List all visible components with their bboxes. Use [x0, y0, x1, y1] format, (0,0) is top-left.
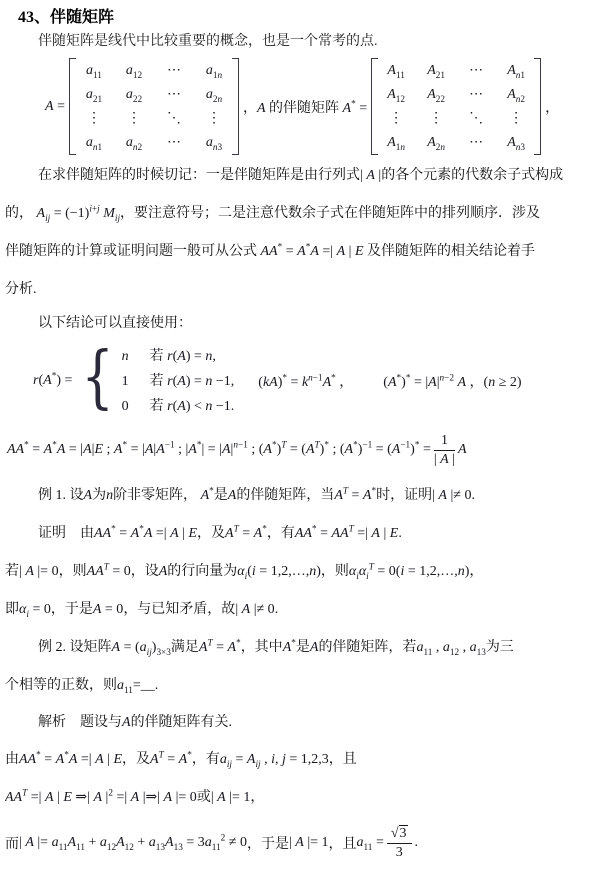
fraction: 1| A | — [434, 433, 455, 468]
matrix-cell: ⋱ — [162, 109, 186, 128]
matrix-right-bracket — [232, 58, 239, 155]
math-run: A* = — [343, 101, 368, 116]
text-run: 为三 — [486, 640, 514, 655]
tips-paragraph-line3: 伴随矩阵的计算或证明问题一般可从公式 AA* = A*A =| A | E 及伴… — [5, 233, 588, 271]
text-run: ，要注意符号；二是注意代数余子式在伴随矩阵中的排列顺序．涉及 — [120, 206, 540, 221]
text-run: 是 — [214, 488, 228, 503]
matrix-a: a11a12⋯a1na21a22⋯a2n⋮⋮⋱⋮an1an2⋯an3 — [69, 58, 239, 155]
matrix-cell: ⋯ — [464, 133, 488, 152]
superscript: −1 — [165, 439, 175, 449]
text-run: 阶非零矩阵， — [113, 488, 201, 503]
matrix-a-lhs: A = — [45, 99, 65, 115]
text-run: 的伴随矩阵有关. — [131, 715, 233, 730]
superscript: T — [22, 787, 27, 797]
matrix-left-bracket — [371, 58, 378, 155]
text-run: . — [275, 602, 279, 617]
superscript: * — [406, 372, 411, 382]
derivation-line1: 由AA* = A*A =| A | E，及AT = A*，有aij = Aij … — [5, 741, 588, 779]
superscript: * — [397, 372, 402, 382]
superscript: * — [52, 370, 57, 380]
text-run: 即 — [5, 602, 19, 617]
subscript: n1 — [93, 142, 102, 152]
subscript: n3 — [516, 142, 525, 152]
matrix-cell: an1 — [82, 133, 106, 152]
subscript: i — [26, 609, 29, 619]
text-run: ， — [469, 564, 483, 579]
math-run: | A |= 0 — [19, 564, 59, 579]
matrix-cell: ⋮ — [122, 109, 146, 128]
proof-line1: 证明 由AA* = A*A =| A | E，及AT = A*，有AA* = A… — [5, 515, 588, 553]
fraction-numerator: √3 — [387, 826, 412, 844]
matrix-cell: ⋱ — [464, 109, 488, 128]
subscript: 11 — [93, 70, 102, 80]
example2-line1: 例 2. 设矩阵A = (aij)3×3满足AT = A*，其中A*是A的伴随矩… — [5, 629, 588, 667]
math-run: aij = Aij , i, j = 1,2,3 — [220, 752, 329, 767]
matrix-cell: A22 — [424, 85, 448, 104]
formula-ka-adjoint: (kA)* = kn−1A* ， — [258, 371, 353, 391]
math-run: AA* = A*A = |A|E ; A* = |A|A−1 ; |A*| = … — [7, 442, 431, 458]
matrix-cell: ⋯ — [464, 61, 488, 80]
superscript: −1 — [400, 439, 410, 449]
case-condition: 若 r(A) = n, — [150, 349, 216, 364]
fraction-numerator: 1 — [434, 433, 455, 451]
math-run: A — [257, 101, 266, 116]
math-run: | A |= a11A11 + a12A12 + a13A13 = 3a112 … — [19, 835, 247, 851]
text-run: 时，证明 — [376, 488, 432, 503]
superscript: * — [197, 439, 202, 449]
superscript: T — [343, 485, 348, 495]
subscript: 22 — [133, 94, 142, 104]
section-number: 43、 — [18, 9, 50, 26]
proof-line2: 若| A |= 0，则AAT = 0，设A的行向量为αi(i = 1,2,…,n… — [5, 553, 588, 591]
subscript: ij — [45, 213, 50, 223]
text-run: ，且 — [329, 833, 357, 853]
subscript: ij — [255, 759, 260, 769]
matrix-cell: A1n — [384, 133, 408, 152]
superscript: * — [111, 523, 116, 533]
superscript: * — [415, 439, 420, 449]
superscript: * — [272, 439, 277, 449]
superscript: T — [104, 561, 109, 571]
superscript: n−1 — [233, 439, 247, 449]
matrix-cell: A12 — [384, 85, 408, 104]
text-run: ，与已知矛盾，故 — [123, 602, 235, 617]
text-run: ，则 — [59, 564, 87, 579]
conclusions-formula-line: r(A*) = { n若 r(A) = n,1若 r(A) = n −1,0若 … — [33, 341, 588, 421]
subscript: 3×3 — [156, 647, 170, 657]
math-run: AT = A* — [199, 640, 241, 655]
text-run: 满足 — [171, 640, 199, 655]
math-run: A — [458, 442, 467, 458]
rank-adjoint-lhs: r(A*) = — [33, 373, 72, 389]
matrix-line-tail: ， — [545, 97, 559, 117]
superscript: i+j — [89, 203, 99, 213]
matrix-cell: an3 — [202, 133, 226, 152]
matrix-cell: a12 — [122, 61, 146, 80]
matrix-cell: ⋯ — [464, 85, 488, 104]
superscript: * — [24, 439, 29, 449]
text-run: ，且 — [329, 752, 357, 767]
document-page: 43、伴随矩阵 伴随矩阵是线代中比较重要的概念，也是一个常考的点. A = a1… — [0, 0, 593, 869]
case-value: 0 — [122, 394, 150, 419]
matrix-cell: ⋯ — [162, 61, 186, 80]
subscript: 2n — [213, 94, 222, 104]
math-run: αi = 0 — [19, 602, 51, 617]
superscript: T — [207, 637, 212, 647]
superscript: T — [159, 749, 164, 759]
math-run: Aij = (−1)i+j Mij — [37, 206, 121, 221]
case-row: n若 r(A) = n, — [122, 344, 235, 369]
matrix-cell: ⋮ — [504, 109, 528, 128]
subscript: 11 — [212, 842, 221, 852]
math-run: AT = A* — [150, 752, 192, 767]
text-run: ，及 — [197, 526, 225, 541]
fraction: √33 — [387, 826, 412, 861]
rank-cases: n若 r(A) = n,1若 r(A) = n −1,0若 r(A) < n −… — [122, 344, 235, 419]
math-run: a11 , a12 , a13 — [416, 640, 485, 655]
subscript: 11 — [124, 685, 133, 695]
superscript: n−2 — [440, 372, 454, 382]
math-run: AT = A* — [334, 488, 376, 503]
adjoint-identities-line: AA* = A*A = |A|E ; A* = |A|A−1 ; |A*| = … — [7, 425, 588, 475]
subscript: 13 — [174, 842, 183, 852]
math-run: AA* = A*A =| A | E — [94, 526, 197, 541]
superscript: T — [315, 439, 320, 449]
superscript: * — [312, 523, 317, 533]
text-run: 的行向量为 — [167, 564, 237, 579]
text-run: 及伴随矩阵的相关结论着手 — [364, 244, 536, 259]
superscript: * — [353, 439, 358, 449]
superscript: −1 — [362, 439, 372, 449]
text-run: 若 — [5, 564, 19, 579]
tips-paragraph-line4: 分析. — [5, 271, 588, 309]
subscript: ij — [147, 647, 152, 657]
superscript: 2 — [221, 832, 226, 842]
matrix-cell: a21 — [82, 85, 106, 104]
subscript: 1n — [213, 70, 222, 80]
math-run: A* — [201, 488, 214, 503]
math-run: AT = A* — [225, 526, 267, 541]
superscript: * — [282, 372, 287, 382]
fraction-denominator: | A | — [434, 451, 455, 468]
text-run: ，及 — [122, 752, 150, 767]
tips-paragraph-line2: 的， Aij = (−1)i+j Mij，要注意符号；二是注意代数余子式在伴随矩… — [5, 195, 588, 233]
math-run: A — [84, 488, 93, 503]
text-run: 的， — [5, 206, 37, 221]
text-run: ， — [250, 790, 264, 805]
subscript: 13 — [156, 842, 165, 852]
subscript: 11 — [364, 842, 373, 852]
math-run: | A |≠ 0 — [432, 488, 471, 503]
math-run: AA* = AAT =| A | E — [295, 526, 399, 541]
text-run: ，有 — [192, 752, 220, 767]
subscript: i — [245, 571, 248, 581]
matrix-definition-line: A = a11a12⋯a1na21a22⋯a2n⋮⋮⋱⋮an1an2⋯an3 ，… — [5, 58, 588, 155]
formula-double-adjoint: (A*)* = |A|n−2 A ，(n ≥ 2) — [383, 371, 521, 391]
matrix-left-bracket — [69, 58, 76, 155]
proof-line3: 即αi = 0，于是A = 0，与已知矛盾，故| A |≠ 0. — [5, 591, 588, 629]
subscript: n1 — [516, 70, 525, 80]
math-run: | A | — [360, 168, 381, 183]
radicand: 3 — [399, 825, 408, 841]
matrix-cell: a2n — [202, 85, 226, 104]
superscript: * — [324, 439, 329, 449]
text-run: 由 — [5, 752, 19, 767]
matrix-right-bracket — [534, 58, 541, 155]
math-run: A — [122, 715, 131, 730]
superscript: 2 — [108, 787, 113, 797]
text-run: . — [471, 488, 475, 503]
subscript: 21 — [93, 94, 102, 104]
text-run: . — [398, 526, 402, 541]
section-title: 43、伴随矩阵 — [5, 6, 588, 30]
subscript: i — [366, 571, 369, 581]
matrix-cell: ⋮ — [202, 109, 226, 128]
subscript: 11 — [396, 70, 405, 80]
text-run: . — [415, 835, 419, 851]
text-run: ，于是 — [51, 602, 93, 617]
superscript: * — [36, 749, 41, 759]
text-run: 伴随矩阵的计算或证明问题一般可从公式 — [5, 244, 261, 259]
section-title-text: 伴随矩阵 — [50, 9, 114, 26]
superscript: T — [234, 523, 239, 533]
matrix-cell: a1n — [202, 61, 226, 80]
matrix-cell: ⋮ — [384, 109, 408, 128]
matrix-cell: ⋯ — [162, 85, 186, 104]
text-run: 的伴随矩阵，若 — [318, 640, 416, 655]
math-run: a11 = — [357, 835, 384, 851]
matrix-grid: A11A21⋯An1A12A22⋯An2⋮⋮⋱⋮A1nA2n⋯An3 — [378, 58, 534, 155]
superscript: T — [369, 561, 374, 571]
matrix-cell: An3 — [504, 133, 528, 152]
matrix-cell: an2 — [122, 133, 146, 152]
text-run: 例 1. 设 — [38, 488, 84, 503]
subscript: 21 — [436, 70, 445, 80]
matrix-a-star: A11A21⋯An1A12A22⋯An2⋮⋮⋱⋮A1nA2n⋯An3 — [371, 58, 541, 155]
math-run: n — [106, 488, 113, 503]
text-run: 是 — [296, 640, 310, 655]
matrix-cell: An1 — [504, 61, 528, 80]
text-run: ，则 — [321, 564, 349, 579]
derivation-line2: AAT =| A | E ⇒| A |2 =| A |⇒| A |= 0或| A… — [5, 779, 588, 817]
subscript: n3 — [213, 142, 222, 152]
text-run: 而 — [5, 833, 19, 853]
math-run: | A |≠ 0 — [235, 602, 274, 617]
matrix-middle-text: ，A 的伴随矩阵 A* = — [243, 97, 367, 117]
text-run: 在求伴随矩阵的时候切记：一是伴随矩阵是由行列式 — [38, 168, 360, 183]
example2-line2: 个相等的正数，则a11=__. — [5, 667, 588, 705]
text-run: 分析. — [5, 282, 37, 297]
subscript: 11 — [76, 842, 85, 852]
intro-paragraph: 伴随矩阵是线代中比较重要的概念，也是一个常考的点. — [5, 30, 588, 54]
matrix-cell: ⋯ — [162, 133, 186, 152]
superscript: T — [349, 523, 354, 533]
math-run: AA* = A*A =| A | E — [19, 752, 122, 767]
superscript: * — [331, 372, 336, 382]
text-run: 为 — [92, 488, 106, 503]
analysis-line: 解析 题设与A的伴随矩阵有关. — [5, 705, 588, 741]
case-row: 1若 r(A) = n −1, — [122, 369, 235, 394]
subscript: 12 — [396, 94, 405, 104]
math-run: | A |= 1 — [211, 790, 251, 805]
text-run: ，有 — [267, 526, 295, 541]
text-run: 的各个元素的代数余子式构成 — [381, 168, 563, 183]
text-run: ，设 — [131, 564, 159, 579]
math-run: A = (aij)3×3 — [112, 640, 171, 655]
text-run: 例 2. 设矩阵 — [38, 640, 112, 655]
case-value: 1 — [122, 369, 150, 394]
math-run: | A |= 1 — [289, 835, 329, 851]
example1-paragraph: 例 1. 设A为n阶非零矩阵， A*是A的伴随矩阵，当AT = A*时，证明| … — [5, 477, 588, 515]
matrix-cell: A11 — [384, 61, 408, 80]
text-run: 或 — [197, 790, 211, 805]
matrix-cell: An2 — [504, 85, 528, 104]
subscript: n2 — [516, 94, 525, 104]
text-run: 个相等的正数，则 — [5, 678, 117, 693]
math-run: AA* = A*A =| A | E — [261, 244, 364, 259]
text-run: 的伴随矩阵 — [266, 101, 343, 116]
case-value: n — [122, 344, 150, 369]
math-run: AAT =| A | E ⇒| A |2 =| A |⇒| A |= 0 — [5, 790, 197, 805]
subscript: 11 — [423, 647, 432, 657]
case-condition: 若 r(A) < n −1. — [150, 399, 235, 414]
superscript: n−1 — [308, 372, 322, 382]
math-run: a11 — [117, 678, 133, 693]
subscript: n2 — [133, 142, 142, 152]
subscript: 1n — [396, 142, 405, 152]
matrix-cell: ⋮ — [82, 109, 106, 128]
math-run: AAT = 0 — [87, 564, 131, 579]
tips-paragraph-line1: 在求伴随矩阵的时候切记：一是伴随矩阵是由行列式| A |的各个元素的代数余子式构… — [5, 157, 588, 195]
text-run: 解析 题设与 — [38, 715, 122, 730]
matrix-cell: ⋮ — [424, 109, 448, 128]
case-condition: 若 r(A) = n −1, — [150, 374, 235, 389]
math-run: αi(i = 1,2,…,n) — [237, 564, 321, 579]
matrix-cell: A21 — [424, 61, 448, 80]
conclusions-heading: 以下结论可以直接使用： — [5, 309, 588, 339]
superscript: * — [278, 241, 283, 251]
superscript: * — [351, 98, 356, 108]
fraction-denominator: 3 — [387, 844, 412, 861]
subscript: 12 — [133, 70, 142, 80]
subscript: ij — [227, 759, 232, 769]
math-run: A* — [283, 640, 296, 655]
case-row: 0若 r(A) < n −1. — [122, 394, 235, 419]
subscript: 13 — [477, 647, 486, 657]
matrix-cell: A2n — [424, 133, 448, 152]
matrix-grid: a11a12⋯a1na21a22⋯a2n⋮⋮⋱⋮an1an2⋯an3 — [76, 58, 232, 155]
subscript: 2n — [436, 142, 445, 152]
subscript: 22 — [436, 94, 445, 104]
superscript: * — [122, 439, 127, 449]
cases-brace: { — [82, 343, 114, 413]
superscript: T — [281, 439, 286, 449]
text-run: ， — [243, 101, 257, 116]
math-run: A = 0 — [93, 602, 123, 617]
math-run: A — [159, 564, 168, 579]
text-run: ，其中 — [241, 640, 283, 655]
text-run: 的伴随矩阵，当 — [236, 488, 334, 503]
subscript: 12 — [125, 842, 134, 852]
matrix-cell: a11 — [82, 61, 106, 80]
text-run: ，于是 — [247, 833, 289, 853]
text-run: 证明 由 — [38, 526, 94, 541]
subscript: 12 — [450, 647, 459, 657]
matrix-cell: a22 — [122, 85, 146, 104]
text-run: =__. — [133, 678, 158, 693]
subscript: 12 — [107, 842, 116, 852]
math-run: αiαiT = 0(i = 1,2,…,n) — [349, 564, 470, 579]
derivation-line3: 而| A |= a11A11 + a12A12 + a13A13 = 3a112… — [5, 817, 588, 869]
